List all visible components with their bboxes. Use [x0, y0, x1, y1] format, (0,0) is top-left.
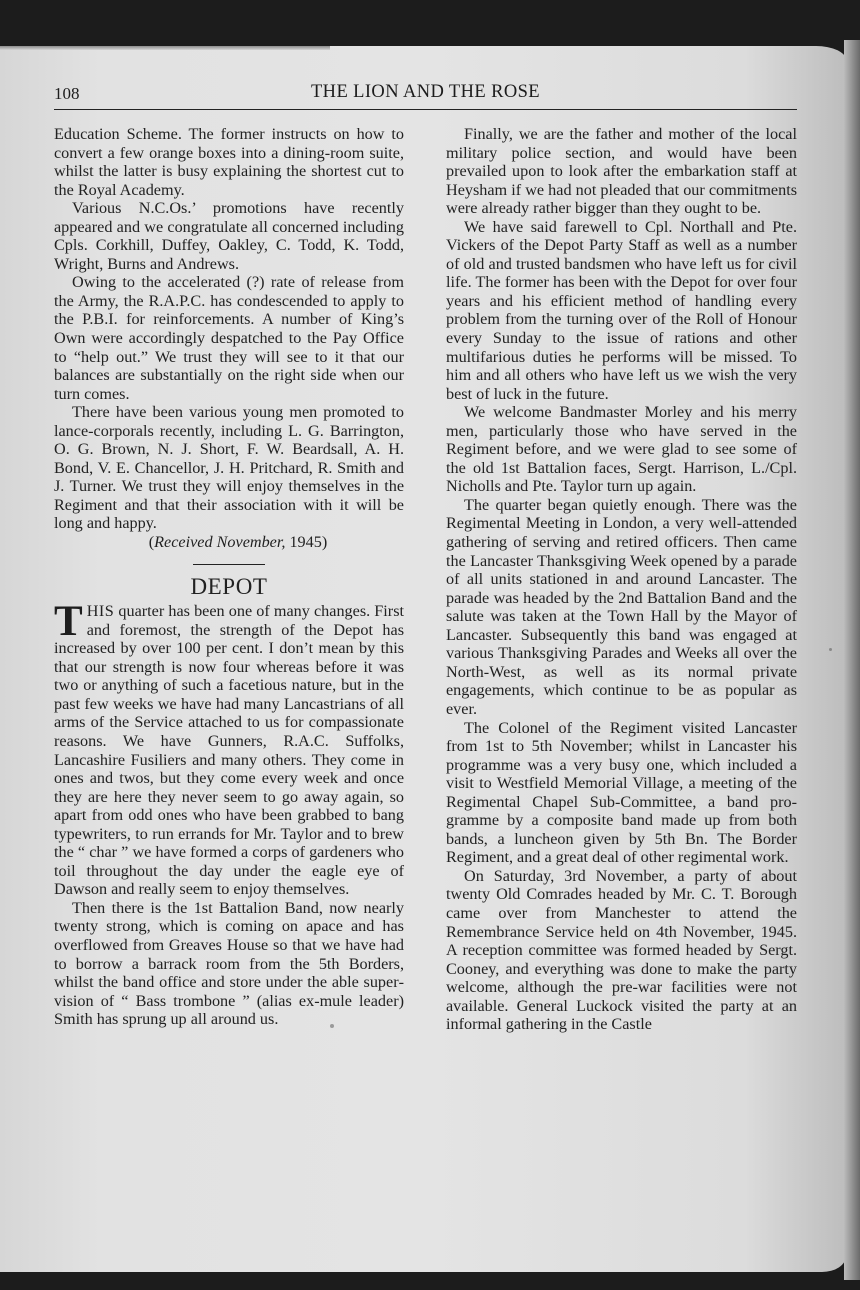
received-label: Received November, [154, 533, 285, 551]
paragraph: Then there is the 1st Battalion Band, no… [54, 899, 404, 1029]
paragraph: The quarter began quietly enough. There … [446, 496, 797, 719]
paper-speck [330, 1024, 334, 1028]
section-divider [193, 564, 265, 565]
drop-cap: T [54, 605, 83, 639]
paragraph: We welcome Bandmaster Morley and his mer… [446, 403, 797, 496]
small-caps-lead: HIS [87, 602, 115, 620]
page-edge-shadow [844, 40, 860, 1280]
right-column: Finally, we are the father and mother of… [446, 125, 797, 1034]
received-date: (Received November, 1945) [54, 533, 404, 552]
paragraph: Education Scheme. The former instructs o… [54, 125, 404, 199]
left-column: Education Scheme. The former instructs o… [54, 125, 404, 1029]
paragraph: Owing to the accelerated (?) rate of re­… [54, 273, 404, 403]
paragraph: THIS quarter has been one of many change… [54, 602, 404, 899]
paragraph-text: quarter has been one of many changes. Fi… [54, 602, 404, 898]
page-header: 108 THE LION AND THE ROSE [54, 83, 797, 110]
paragraph: Various N.C.Os.’ promotions have recentl… [54, 199, 404, 273]
paragraph: The Colonel of the Regiment visited Lan­… [446, 719, 797, 867]
received-year: 1945 [289, 533, 321, 551]
running-title: THE LION AND THE ROSE [54, 82, 797, 103]
section-title: DEPOT [54, 578, 404, 597]
paragraph: There have been various young men pro­mo… [54, 403, 404, 533]
paragraph: We have said farewell to Cpl. Northall a… [446, 218, 797, 403]
paragraph: On Saturday, 3rd November, a party of ab… [446, 867, 797, 1034]
paper-speck [829, 648, 832, 651]
paragraph: Finally, we are the father and mother of… [446, 125, 797, 218]
